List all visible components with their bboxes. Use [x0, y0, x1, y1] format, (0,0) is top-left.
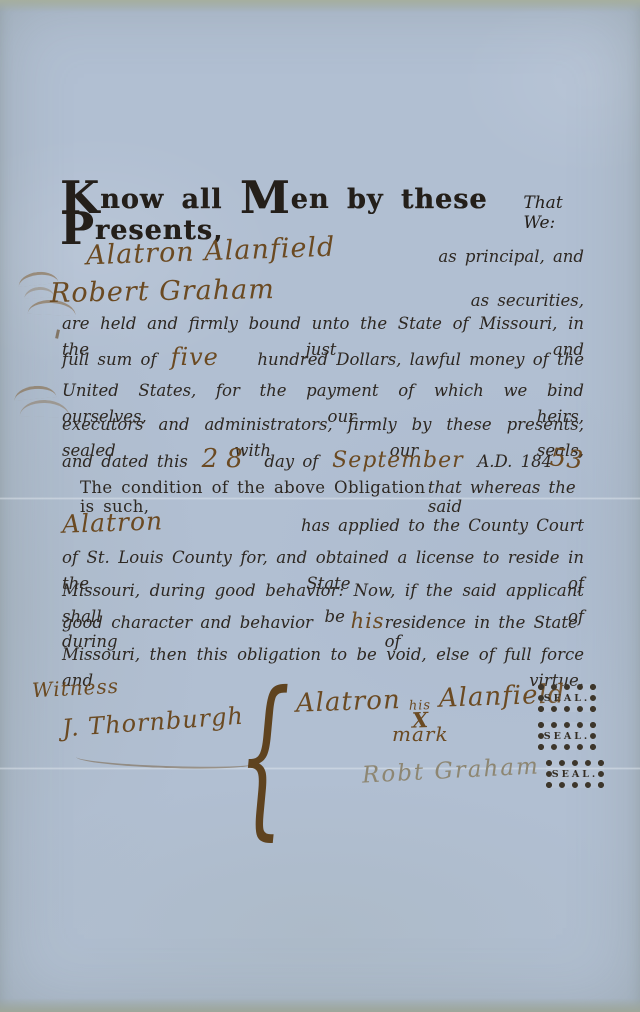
mark-label: mark [392, 722, 449, 746]
body-line-county: of St. Louis County for, and obtained a … [62, 545, 584, 571]
body-line-united-states: United States, for the payment of which … [62, 378, 584, 404]
body-line-behavior: Missouri, during good behavior: Now, if … [62, 578, 584, 604]
signature-brace: { [238, 670, 291, 843]
dated-mid: day of [264, 452, 318, 471]
sum-amount-handwritten: five [171, 343, 219, 371]
seal-stamp: SEAL. [538, 722, 596, 750]
sum-group: full sum of five [62, 343, 219, 371]
body-line-bound: are held and firmly bound unto the State… [62, 311, 584, 337]
document-scan: Know all Men by these Presents, That We:… [0, 0, 640, 1012]
principal-signature-first: Alatron [295, 685, 401, 719]
month-handwritten: September [332, 448, 464, 473]
witness-label-handwritten: Witness [31, 674, 119, 703]
year-group: A.D. 184 53 [477, 444, 584, 473]
year-handwritten: 53 [549, 442, 586, 474]
sum-prefix: full sum of [62, 350, 157, 369]
principal-role-label: as principal, and [62, 244, 584, 270]
dated-prefix: and dated this [62, 452, 188, 471]
ornate-initial: M [240, 171, 291, 224]
body-line-condition: The condition of the above Obligation is… [62, 478, 584, 506]
body-line-executors: executors and administrators, firmly by … [62, 412, 584, 438]
seal-stamp: SEAL. [538, 684, 596, 712]
applied-clause: has applied to the County Court [301, 516, 584, 535]
pronoun-handwritten: his [351, 609, 385, 633]
applicant-name-handwritten: Alatron [62, 506, 164, 539]
sum-suffix: hundred Dollars, lawful money of the [257, 350, 584, 369]
body-line-sum: full sum of five hundred Dollars, lawful… [62, 343, 584, 371]
body-line-applicant: Alatron has applied to the County Court [62, 508, 584, 536]
day-handwritten: 28 [202, 444, 251, 474]
body-line-dated: and dated this 28 day of September A.D. … [62, 444, 584, 472]
dated-ad: A.D. 184 [477, 452, 552, 471]
paper-bottom-edge [0, 998, 640, 1012]
that-we-label: That We: [523, 193, 584, 233]
seal-stamp: SEAL. [546, 760, 604, 788]
body-line-during: good character and behavior during his r… [62, 609, 584, 637]
paper-top-edge [0, 0, 640, 12]
body-line-void: Missouri, then this obligation to be voi… [62, 642, 584, 668]
fold-crease [0, 767, 640, 770]
